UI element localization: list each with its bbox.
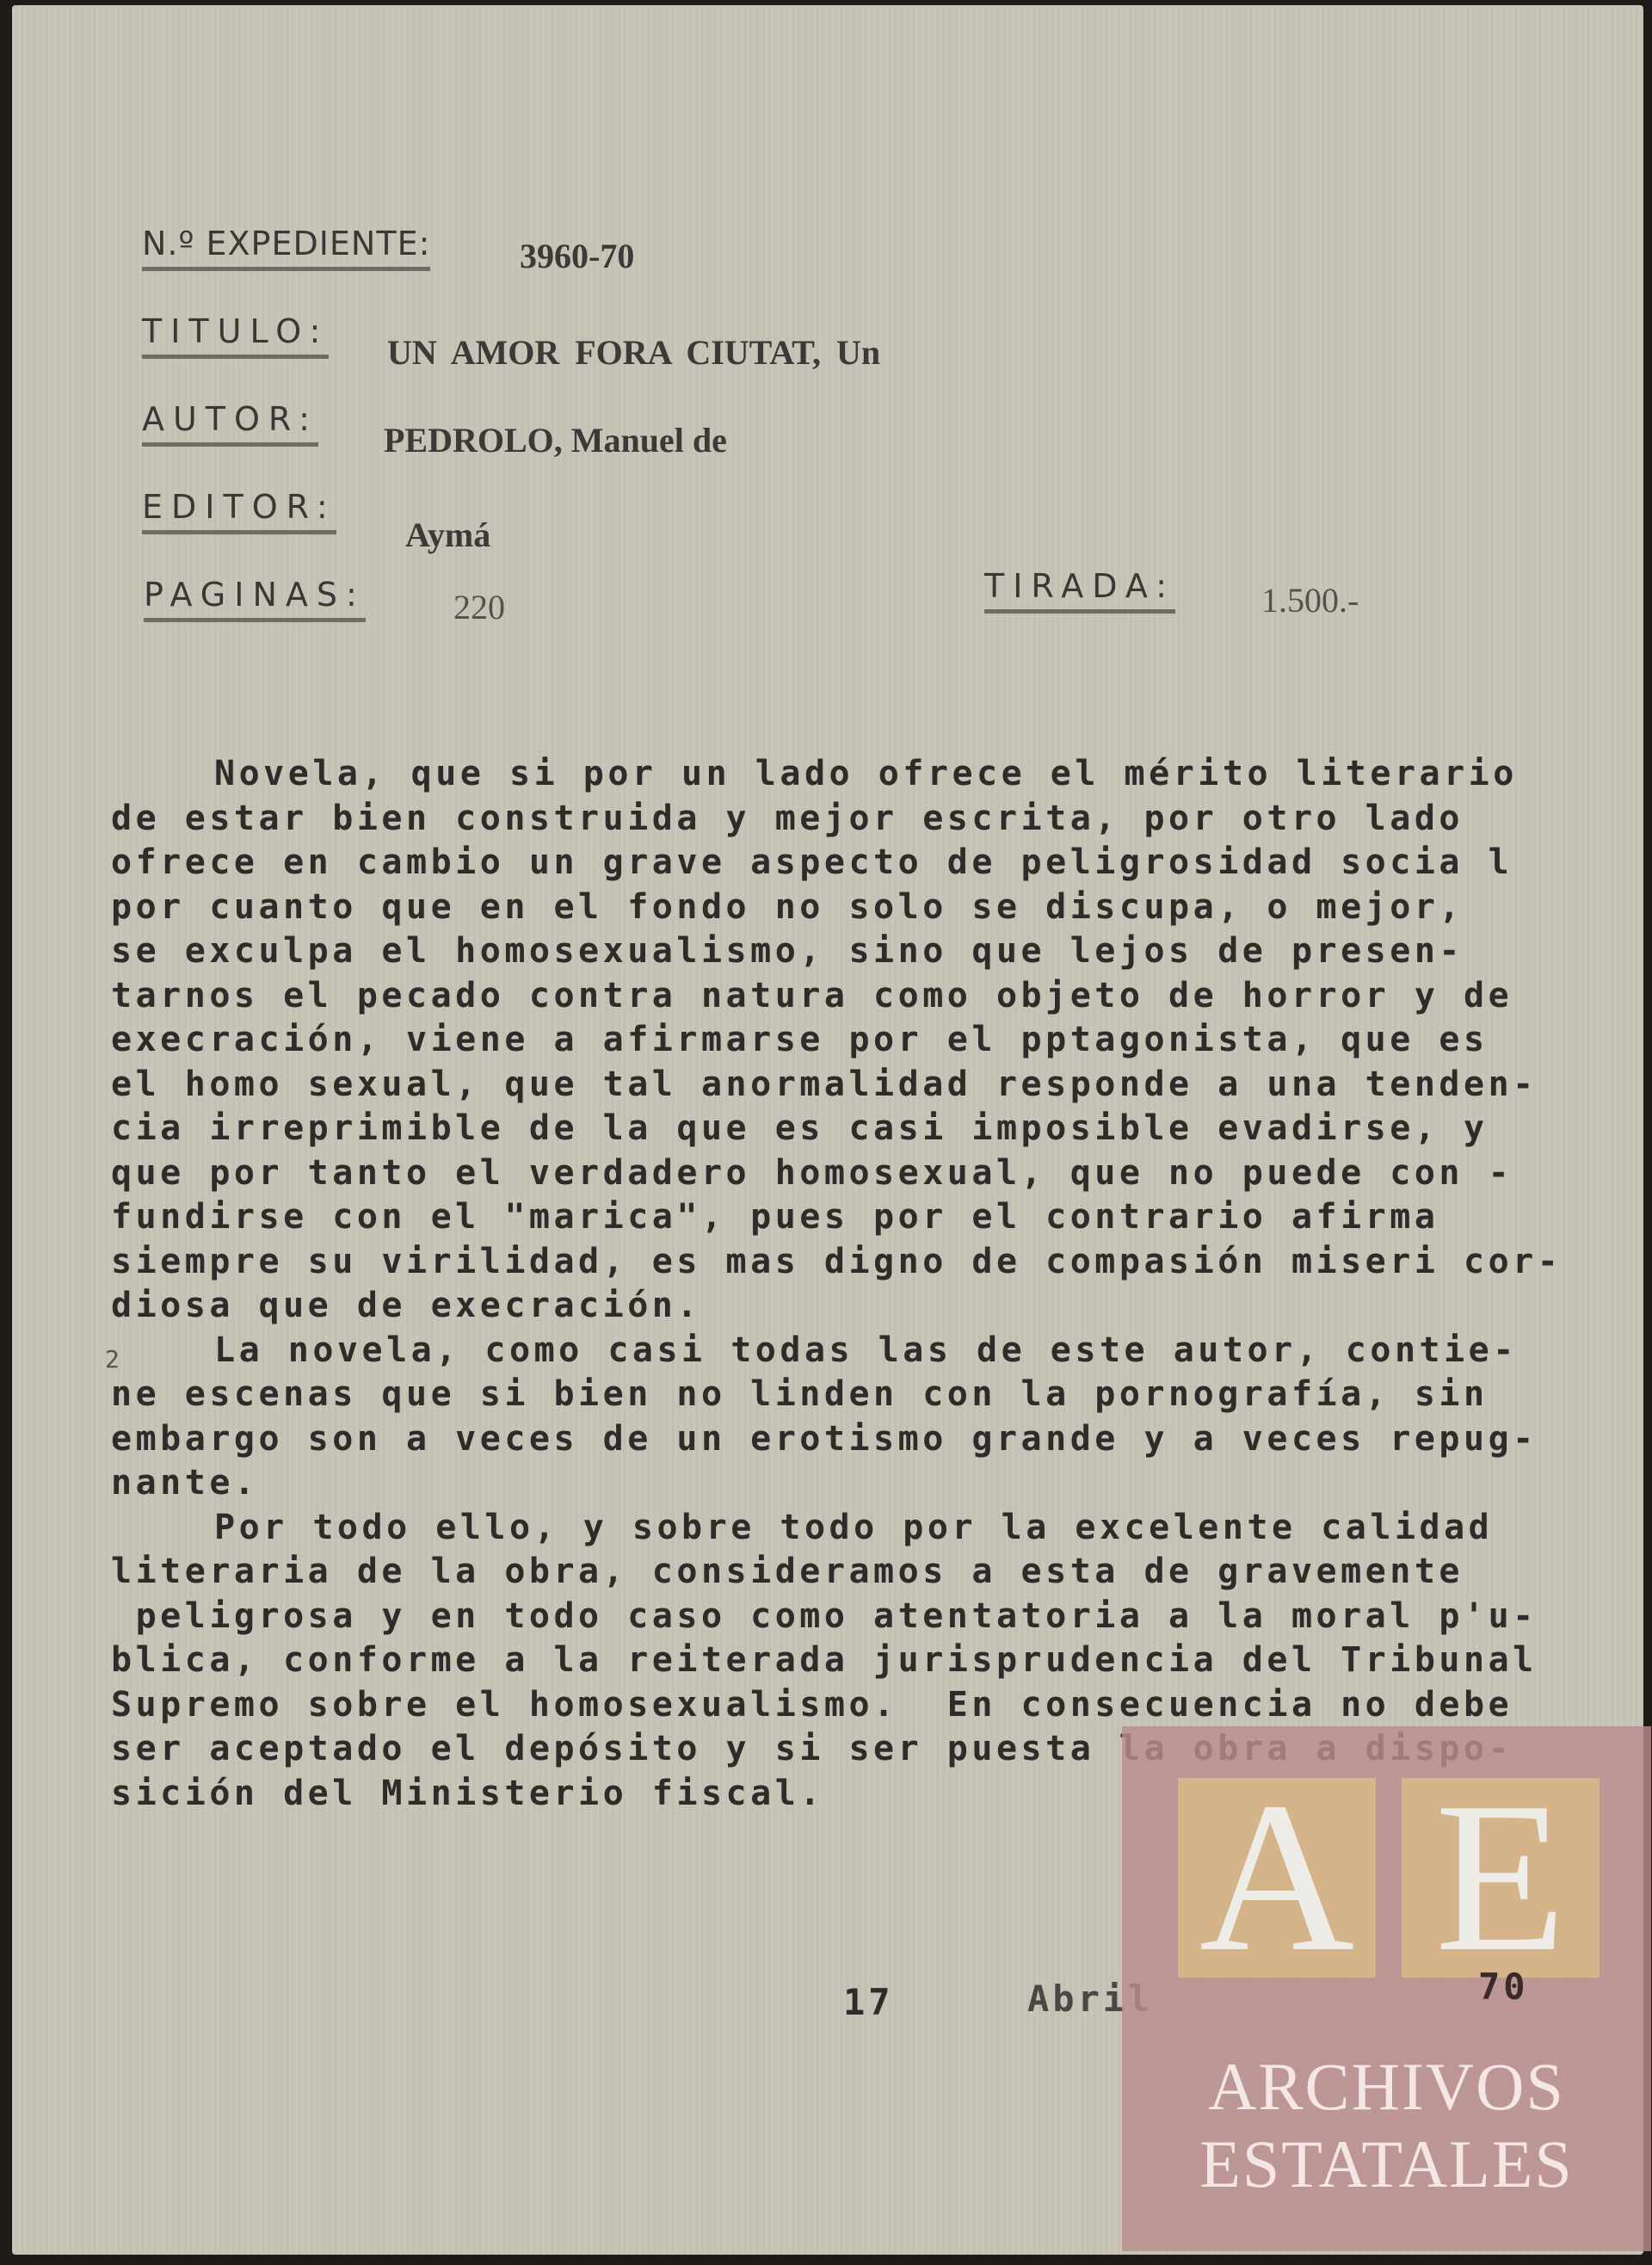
body-line: por cuanto que en el fondo no solo se di…	[111, 886, 1643, 930]
body-line: cia irreprimible de la que es casi impos…	[111, 1107, 1643, 1151]
body-line: fundirse con el "marica", pues por el co…	[111, 1195, 1643, 1240]
logo-text-archivos: ARCHIVOS	[1122, 2053, 1651, 2120]
logo-letter-e: E	[1402, 1778, 1600, 1978]
body-line: tarnos el pecado contra natura como obje…	[111, 974, 1643, 1019]
document-page: N.º EXPEDIENTE: 3960-70 TITULO: UN AMOR …	[12, 5, 1643, 2255]
body-line: nante.	[111, 1461, 1643, 1506]
body-line: blica, conforme a la reiterada jurisprud…	[111, 1639, 1643, 1683]
body-line: execración, viene a afirmarse por el ppt…	[111, 1018, 1643, 1063]
date-day: 17	[843, 1984, 894, 2021]
body-line: embargo son a veces de un erotismo grand…	[111, 1417, 1643, 1462]
editor-value: Aymá	[405, 518, 490, 552]
report-body: Novela, que si por un lado ofrece el mér…	[111, 752, 1643, 1816]
logo-text-estatales: ESTATALES	[1122, 2131, 1651, 2198]
margin-mark: 2	[105, 1348, 120, 1372]
body-line: Supremo sobre el homosexualismo. En cons…	[111, 1683, 1643, 1728]
archivos-estatales-watermark: A E ARCHIVOS ESTATALES	[1122, 1726, 1651, 2251]
tirada-label: TIRADA:	[984, 570, 1175, 614]
body-line: se exculpa el homosexualismo, sino que l…	[111, 929, 1643, 974]
body-line: siempre su virilidad, es mas digno de co…	[111, 1240, 1643, 1285]
paginas-label: PAGINAS:	[144, 578, 366, 622]
body-line: Novela, que si por un lado ofrece el mér…	[111, 752, 1643, 797]
body-line: de estar bien construida y mejor escrita…	[111, 797, 1643, 842]
body-line: La novela, como casi todas las de este a…	[111, 1329, 1643, 1373]
body-line: ne escenas que si bien no linden con la …	[111, 1373, 1643, 1417]
titulo-value: UN AMOR FORA CIUTAT, Un	[387, 336, 880, 370]
body-line: que por tanto el verdadero homosexual, q…	[111, 1151, 1643, 1196]
body-line: literaria de la obra, consideramos a est…	[111, 1550, 1643, 1595]
tirada-value: 1.500.-	[1261, 583, 1359, 618]
paginas-value: 220	[453, 590, 505, 625]
body-line: ofrece en cambio un grave aspecto de pel…	[111, 841, 1643, 886]
body-line: diosa que de execración.	[111, 1284, 1643, 1329]
expediente-label: N.º EXPEDIENTE:	[142, 227, 430, 271]
body-line: peligrosa y en todo caso como atentatori…	[111, 1595, 1643, 1639]
autor-value: PEDROLO, Manuel de	[384, 423, 727, 458]
body-line: Por todo ello, y sobre todo por la excel…	[111, 1506, 1643, 1551]
editor-label: EDITOR:	[142, 491, 336, 534]
body-line: el homo sexual, que tal anormalidad resp…	[111, 1063, 1643, 1108]
titulo-label: TITULO:	[142, 315, 329, 359]
logo-letter-a: A	[1178, 1778, 1376, 1978]
autor-label: AUTOR:	[142, 403, 318, 447]
date-year: 70	[1478, 1969, 1529, 2005]
expediente-value: 3960-70	[520, 239, 634, 274]
